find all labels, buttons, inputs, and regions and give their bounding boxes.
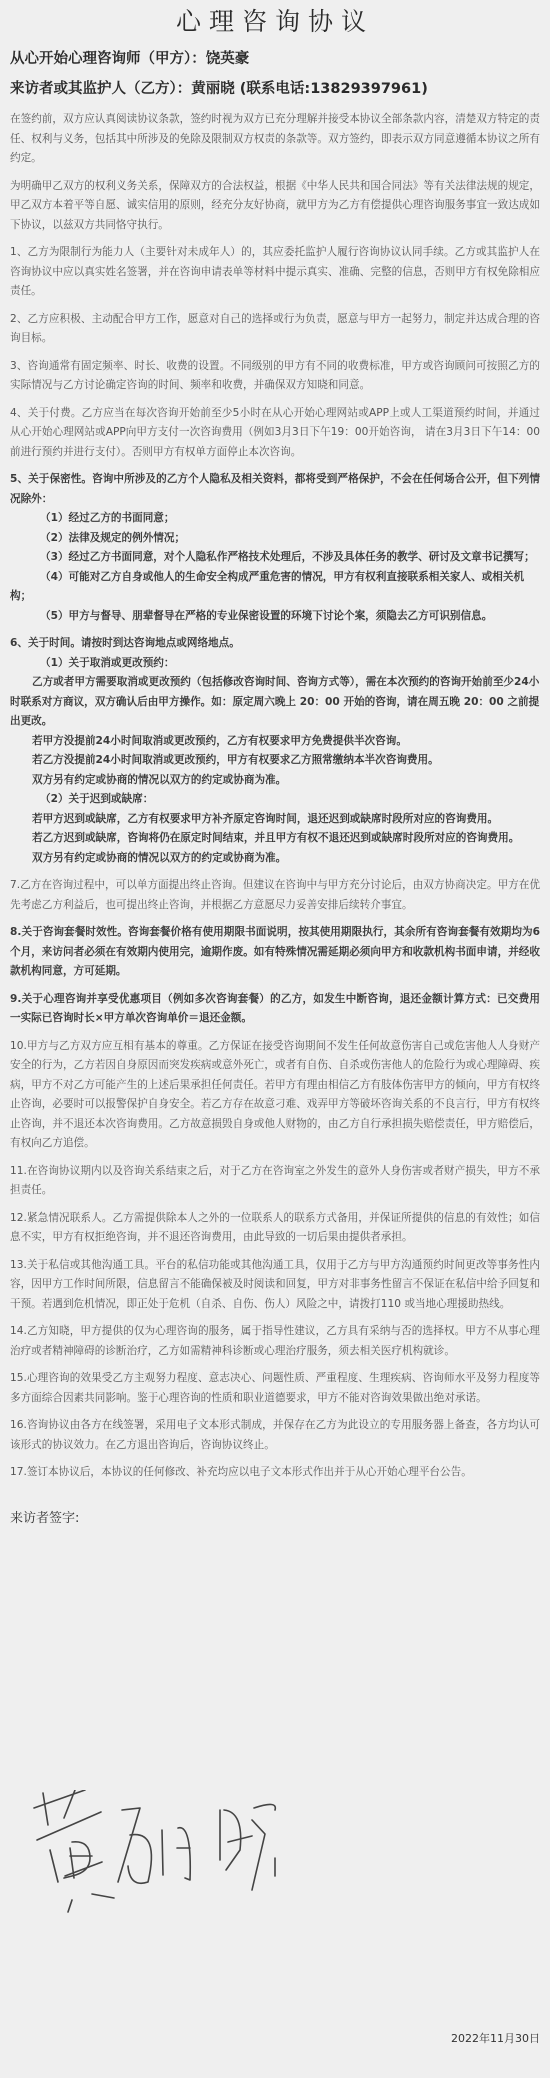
clause-6-sub1-line: 双方另有约定或协商的情况以双方的约定或协商为准。 [10,771,540,791]
clause-6-sub2-line: 双方另有约定或协商的情况以双方的约定或协商为准。 [10,849,540,869]
clause-6-sub1-title: （1）关于取消或更改预约： [10,654,540,674]
clause-14: 14.乙方知晓，甲方提供的仅为心理咨询的服务，属于指导性建议，乙方具有采纳与否的… [10,1322,540,1361]
clause-6: 6、关于时间。请按时到达咨询地点或网络地点。 （1）关于取消或更改预约： 乙方或… [10,634,540,868]
clause-13: 13.关于私信或其他沟通工具。平台的私信功能或其他沟通工具，仅用于乙方与甲方沟通… [10,1256,540,1315]
clause-6-sub2-line: 若甲方迟到或缺席，乙方有权要求甲方补齐原定咨询时间，退还迟到或缺席时段所对应的咨… [10,810,540,830]
intro-paragraph: 在签约前，双方应认真阅读协议条款，签约时视为双方已充分理解并接受本协议全部条款内… [10,110,540,169]
clause-15: 15.心理咨询的效果受乙方主观努力程度、意志决心、问题性质、严重程度、生理疾病、… [10,1369,540,1408]
clause-9: 9.关于心理咨询并享受优惠项目（例如多次咨询套餐）的乙方，如发生中断咨询，退还金… [10,990,540,1029]
clause-6-heading: 6、关于时间。请按时到达咨询地点或网络地点。 [10,634,540,654]
signing-date: 2022年11月30日 [451,2030,540,2046]
clause-16: 16.咨询协议由各方在线签署，采用电子文本形式制成，并保存在乙方为此设立的专用服… [10,1416,540,1455]
clause-3: 3、咨询通常有固定频率、时长、收费的设置。不同级别的甲方有不同的收费标准，甲方或… [10,357,540,396]
clause-5-item: （3）经过乙方书面同意，对个人隐私作严格技术处理后，不涉及具体任务的教学、研讨及… [10,548,540,568]
clause-17: 17.签订本协议后，本协议的任何修改、补充均应以电子文本形式作出并于从心开始心理… [10,1463,540,1483]
party-b-line: 来访者或其监护人（乙方）：黄丽晓 (联系电话:13829397961) [10,78,540,100]
signature-label: 来访者签字: [10,1507,540,1526]
handwritten-signature [30,1790,290,1930]
clause-10: 10.甲方与乙方双方应互相有基本的尊重。乙方保证在接受咨询期间不发生任何故意伤害… [10,1037,540,1154]
clause-4: 4、关于付费。乙方应当在每次咨询开始前至少5小时在从心开始心理网站或APP上或人… [10,404,540,463]
clause-5-item: （1）经过乙方的书面同意； [10,509,540,529]
clause-6-sub1-line: 乙方或者甲方需要取消或更改预约（包括修改咨询时间、咨询方式等），需在本次预约的咨… [10,673,540,732]
agreement-document: 心理咨询协议 从心开始心理咨询师（甲方）：饶英豪 来访者或其监护人（乙方）：黄丽… [0,0,550,1526]
clause-1: 1、乙方为限制行为能力人（主要针对未成年人）的，其应委托监护人履行咨询协议认同手… [10,243,540,302]
clause-5: 5、关于保密性。咨询中所涉及的乙方个人隐私及相关资料，都将受到严格保护，不会在任… [10,470,540,626]
clause-5-heading: 5、关于保密性。咨询中所涉及的乙方个人隐私及相关资料，都将受到严格保护，不会在任… [10,470,540,509]
clause-6-sub1-line: 若乙方没提前24小时间取消或更改预约，甲方有权要求乙方照常缴纳本半次咨询费用。 [10,751,540,771]
intro-paragraph: 为明确甲乙双方的权利义务关系，保障双方的合法权益，根据《中华人民共和国合同法》等… [10,177,540,236]
clause-6-sub1-line: 若甲方没提前24小时间取消或更改预约，乙方有权要求甲方免费提供半次咨询。 [10,732,540,752]
clause-2: 2、乙方应积极、主动配合甲方工作，愿意对自己的选择或行为负责，愿意与甲方一起努力… [10,310,540,349]
party-a-line: 从心开始心理咨询师（甲方）：饶英豪 [10,48,540,70]
clause-5-item: （2）法律及规定的例外情况； [10,529,540,549]
clause-5-item: （4）可能对乙方自身或他人的生命安全构成严重危害的情况，甲方有权利直接联系相关家… [10,568,540,607]
clause-7: 7.乙方在咨询过程中，可以单方面提出终止咨询。但建议在咨询中与甲方充分讨论后，由… [10,876,540,915]
clause-6-sub2-title: （2）关于迟到或缺席： [10,790,540,810]
clause-6-sub2-line: 若乙方迟到或缺席，咨询将仍在原定时间结束，并且甲方有权不退还迟到或缺席时段所对应… [10,829,540,849]
page-title: 心理咨询协议 [10,0,540,44]
clause-5-item: （5）甲方与督导、朋辈督导在严格的专业保密设置的环境下讨论个案，须隐去乙方可识别… [10,607,540,627]
clause-11: 11.在咨询协议期内以及咨询关系结束之后，对于乙方在咨询室之外发生的意外人身伤害… [10,1162,540,1201]
clause-12: 12.紧急情况联系人。乙方需提供除本人之外的一位联系人的联系方式备用，并保证所提… [10,1209,540,1248]
clause-8: 8.关于咨询套餐时效性。咨询套餐价格有使用期限书面说明，按其使用期限执行，其余所… [10,923,540,982]
